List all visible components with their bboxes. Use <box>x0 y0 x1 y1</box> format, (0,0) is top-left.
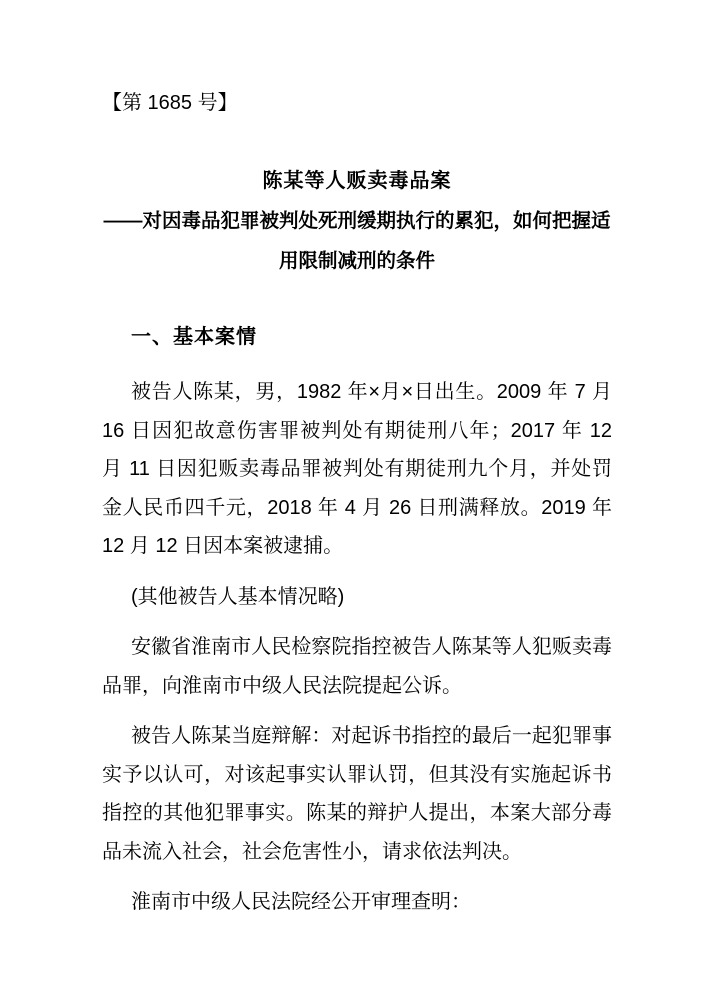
section-heading-basic-facts: 一、基本案情 <box>102 325 612 349</box>
paragraph-court-finding-intro: 淮南市中级人民法院经公开审理查明： <box>102 883 612 922</box>
case-title: 陈某等人贩卖毒品案 <box>102 169 612 193</box>
case-subtitle-line-2: 用限制减刑的条件 <box>102 241 612 281</box>
paragraph-prosecution: 安徽省淮南市人民检察院指控被告人陈某等人犯贩卖毒品罪，向淮南市中级人民法院提起公… <box>102 628 612 705</box>
paragraph-defendant-background: 被告人陈某，男，1982 年×月×日出生。2009 年 7 月 16 日因犯故意… <box>102 373 612 566</box>
document-body: 被告人陈某，男，1982 年×月×日出生。2009 年 7 月 16 日因犯故意… <box>102 373 612 922</box>
document-page: 【第 1685 号】 陈某等人贩卖毒品案 ——对因毒品犯罪被判处死刑缓期执行的累… <box>0 0 707 999</box>
paragraph-other-defendants-note: (其他被告人基本情况略) <box>102 578 612 617</box>
case-subtitle-line-1: ——对因毒品犯罪被判处死刑缓期执行的累犯，如何把握适 <box>102 201 612 241</box>
paragraph-defense-statement: 被告人陈某当庭辩解：对起诉书指控的最后一起犯罪事实予以认可，对该起事实认罪认罚，… <box>102 717 612 871</box>
case-subtitle: ——对因毒品犯罪被判处死刑缓期执行的累犯，如何把握适 用限制减刑的条件 <box>102 201 612 281</box>
case-number: 【第 1685 号】 <box>102 91 612 115</box>
